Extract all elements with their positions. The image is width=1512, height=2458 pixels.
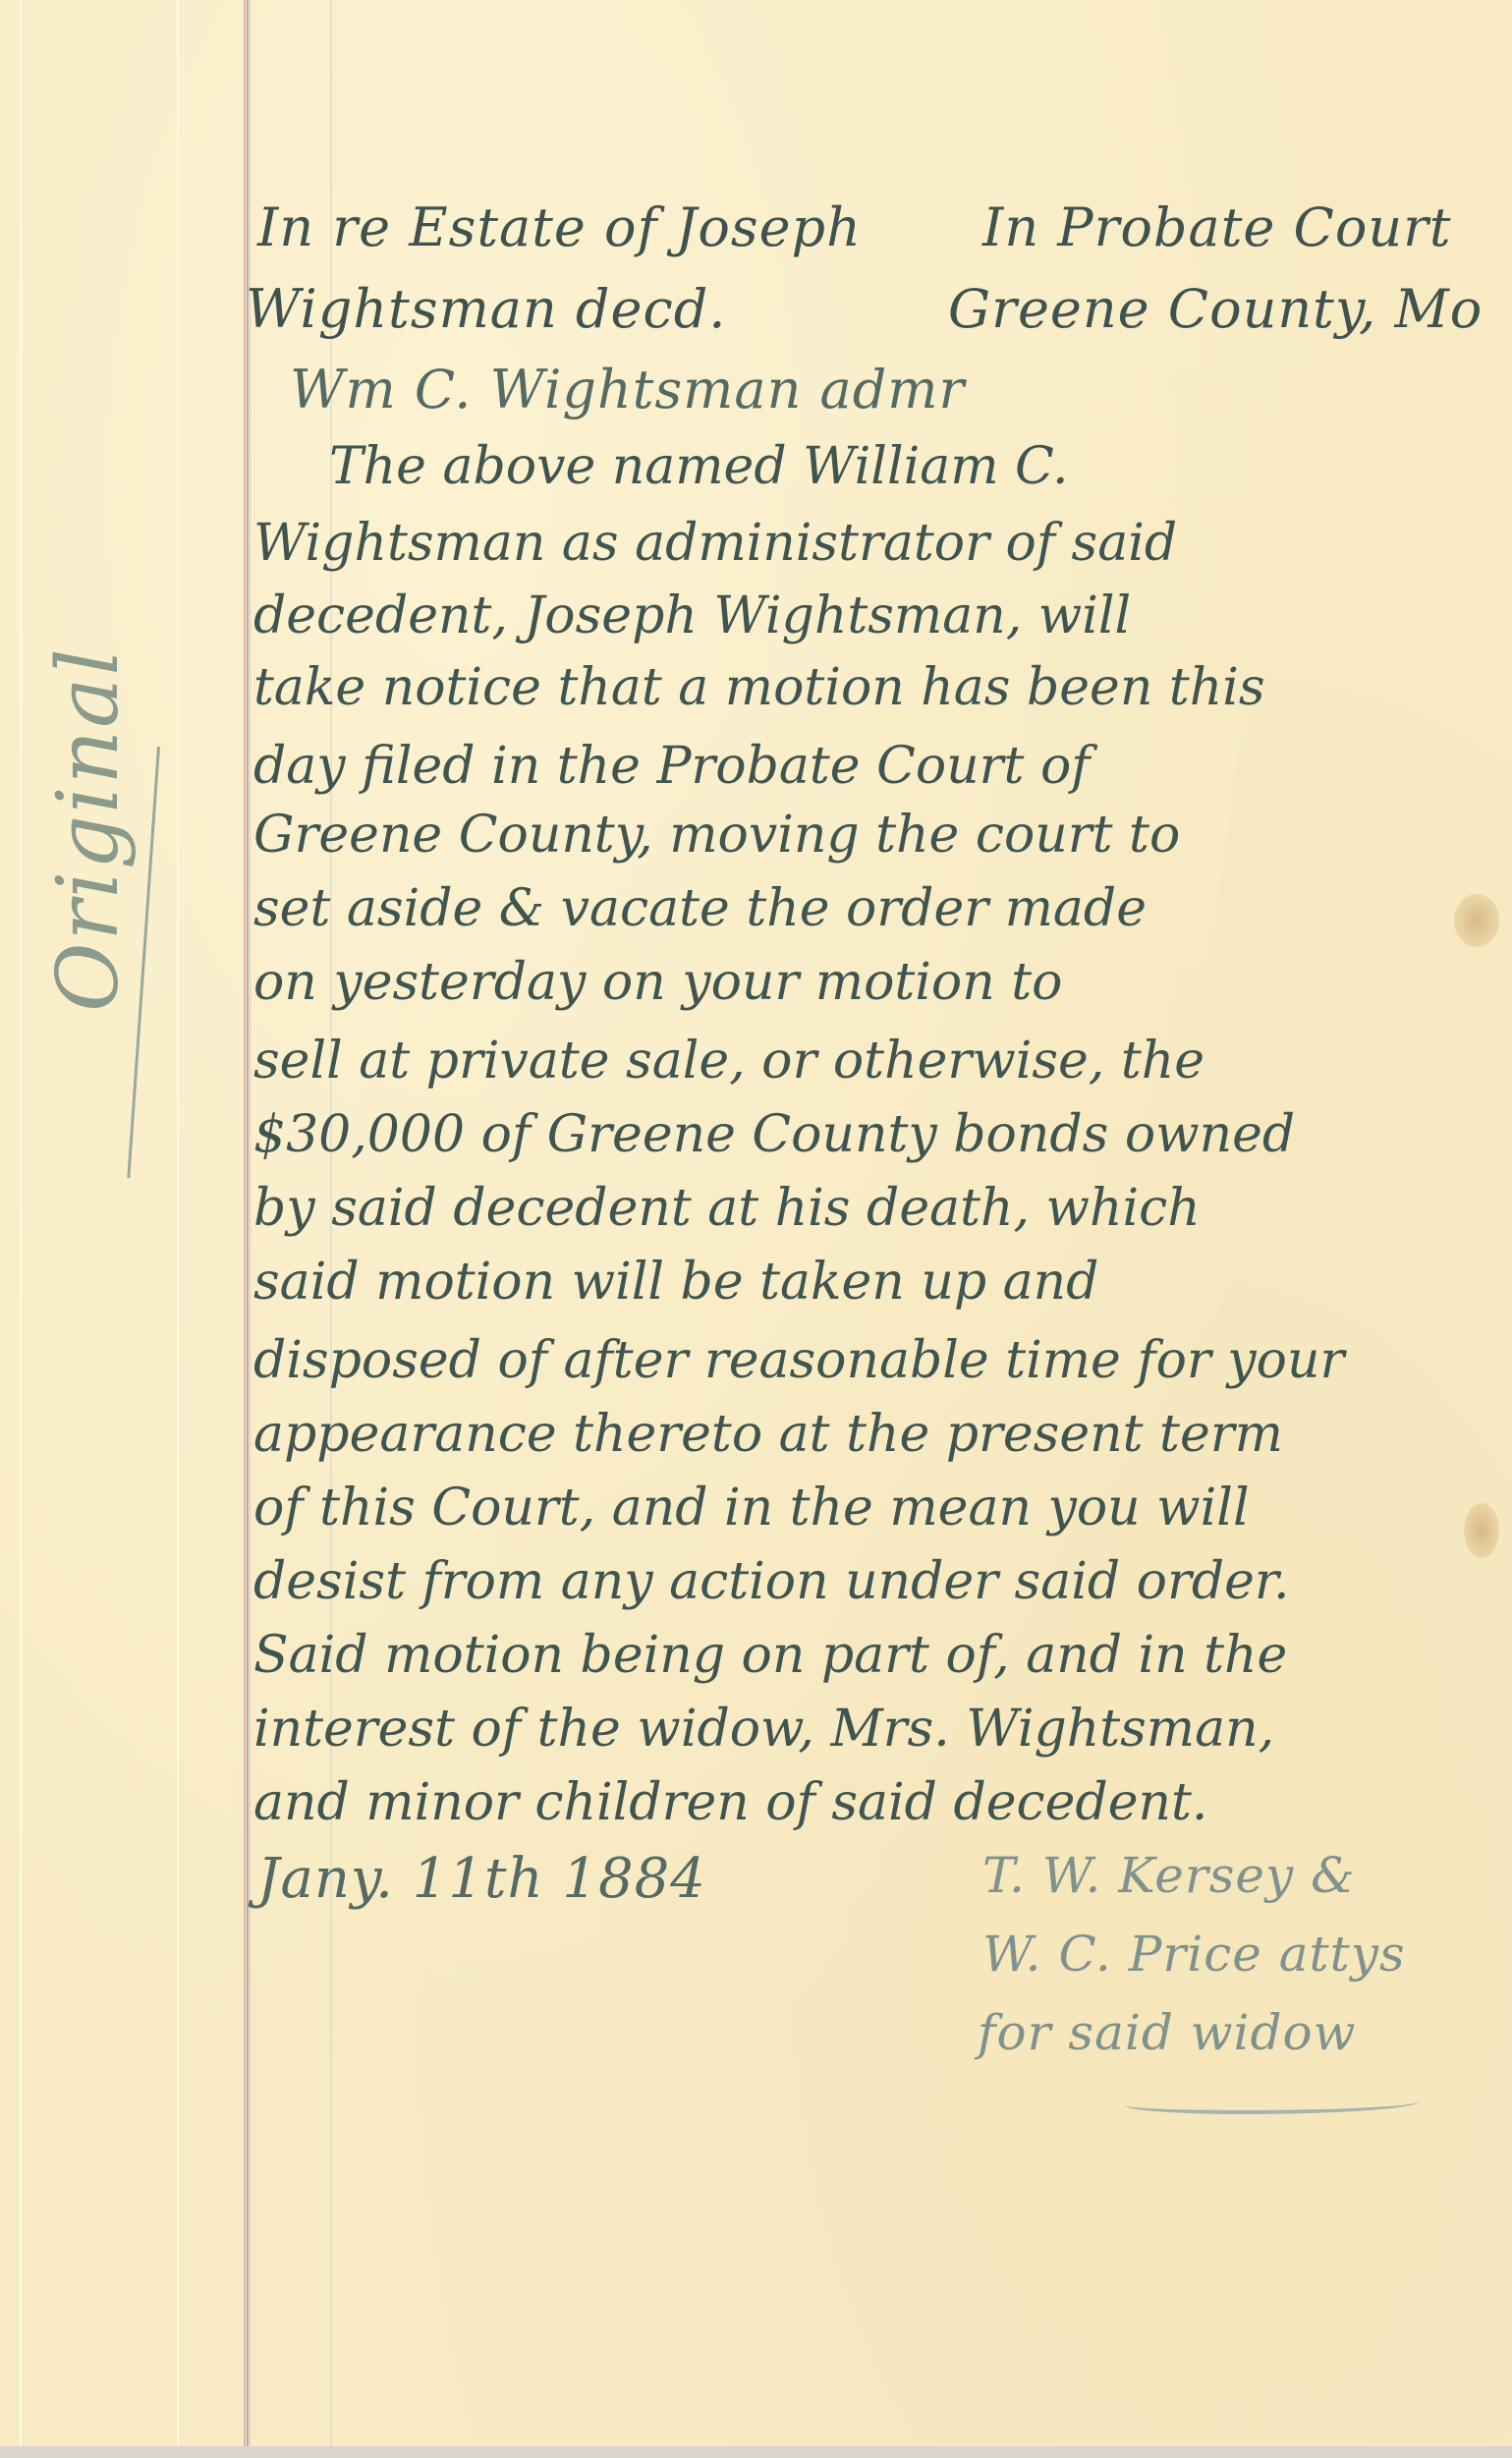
margin-note-original: Original xyxy=(39,646,138,1012)
body-line: decedent, Joseph Wightsman, will xyxy=(253,582,1501,660)
body-line: set aside & vacate the order made xyxy=(253,874,1501,953)
body-line: on yesterday on your motion to xyxy=(253,948,1501,1027)
body-line: Greene County, moving the court to xyxy=(253,801,1501,879)
body-line: sell at private sale, or otherwise, the xyxy=(253,1027,1501,1105)
caption-court-line-2: Greene County, Mo xyxy=(948,278,1483,340)
body-line: $30,000 of Greene County bonds owned xyxy=(253,1100,1501,1179)
document-date: Jany. 11th 1884 xyxy=(257,1847,706,1911)
body-line: take notice that a motion has been this xyxy=(253,653,1501,732)
body-line: day filed in the Probate Court of xyxy=(253,732,1501,810)
margin-line-pink-secondary xyxy=(250,0,251,2446)
margin-line-pink xyxy=(244,0,246,2446)
body-line: disposed of after reasonable time for yo… xyxy=(253,1326,1501,1405)
body-line: interest of the widow, Mrs. Wightsman, xyxy=(253,1695,1501,1773)
caption-court-line-1: In Probate Court xyxy=(982,196,1452,258)
margin-line-blue xyxy=(247,0,249,2446)
body-line: desist from any action under said order. xyxy=(253,1547,1501,1626)
caption-administrator: Wm C. Wightsman admr xyxy=(290,359,965,420)
paper-rule-faint-left xyxy=(20,0,22,2446)
body-line: Said motion being on part of, and in the xyxy=(253,1621,1501,1700)
scan-bottom-edge xyxy=(0,2446,1512,2458)
body-line: said motion will be taken up and xyxy=(253,1248,1501,1326)
body-line: appearance thereto at the present term xyxy=(253,1400,1501,1479)
signature-for-widow: for said widow xyxy=(978,2004,1356,2061)
caption-estate-line-2: Wightsman decd. xyxy=(246,278,726,340)
signature-attorney-2: W. C. Price attys xyxy=(982,1926,1406,1983)
paper-rule-faint-mid xyxy=(177,0,179,2446)
signature-attorney-1: T. W. Kersey & xyxy=(982,1847,1356,1904)
body-line: by said decedent at his death, which xyxy=(253,1174,1501,1253)
body-line: Wightsman as administrator of said xyxy=(253,509,1501,587)
caption-estate-line-1: In re Estate of Joseph xyxy=(257,196,862,258)
body-line: and minor children of said decedent. xyxy=(253,1768,1501,1847)
body-line: The above named William C. xyxy=(329,432,1512,511)
body-line: of this Court, and in the mean you will xyxy=(253,1474,1501,1552)
